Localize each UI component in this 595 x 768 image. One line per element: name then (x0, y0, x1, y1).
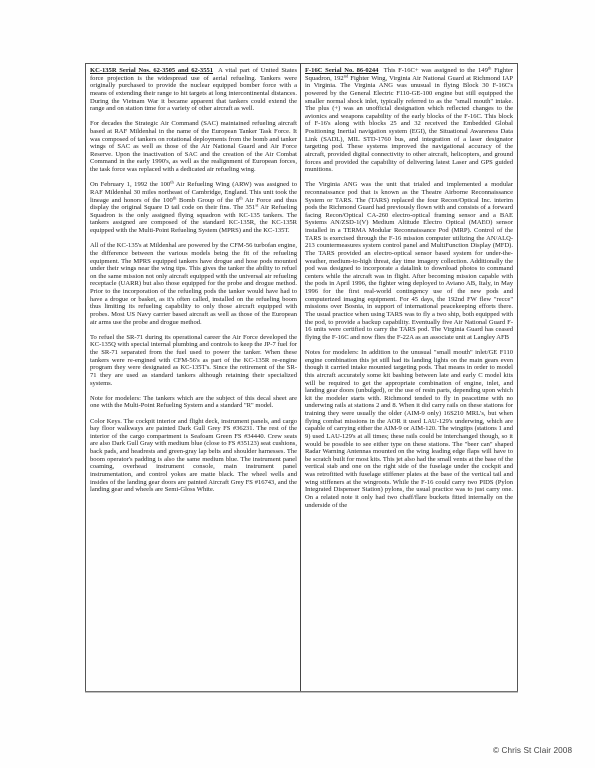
text-run: Bomb Group of the 8 (176, 197, 239, 204)
f16c-text-box: F-16C Serial No. 86-0244 This F-16C+ was… (300, 63, 518, 692)
copyright-notice: © Chris St Clair 2008 (493, 746, 572, 755)
kc135-color-keys: Color Keys. The cockpit interior and fli… (90, 418, 297, 494)
kc135-100arw-paragraph: On February 1, 1992 the 100th Air Refuel… (90, 181, 297, 234)
kc135-modelers-note: Note for modelers: The tankers which are… (90, 395, 297, 410)
text-run: This F-16C+ was assigned to the 149 (384, 67, 488, 74)
kc135-intro-text: A vital part of United States force proj… (90, 67, 297, 112)
kc135-text-box: KC-135R Serial Nos. 62-3505 and 62-3551 … (85, 63, 301, 692)
f16c-intro-paragraph: F-16C Serial No. 86-0244 This F-16C+ was… (305, 67, 513, 174)
f16c-modelers-note: Notes for modelers: In addition to the u… (305, 349, 513, 509)
f16c-tars-paragraph: The Virginia ANG was the unit that trial… (305, 181, 513, 341)
kc135-intro-paragraph: KC-135R Serial Nos. 62-3505 and 62-3551 … (90, 67, 297, 113)
box-bottom-shadow (85, 691, 518, 693)
kc135-sac-paragraph: For decades the Strategic Air Command (S… (90, 120, 297, 173)
text-run: On February 1, 1992 the 100 (90, 181, 170, 188)
kc135-cfm56-paragraph: All of the KC-135's at Mildenhal are pow… (90, 242, 297, 326)
text-run: Fighter Wing, Virginia Air National Guar… (305, 75, 513, 174)
f16c-section-title: F-16C Serial No. 86-0244 (305, 67, 378, 74)
document-page: KC-135R Serial Nos. 62-3505 and 62-3551 … (0, 0, 595, 768)
kc135-sr71-paragraph: To refuel the SR-71 during its operation… (90, 334, 297, 387)
kc135-section-title: KC-135R Serial Nos. 62-3505 and 62-3551 (90, 67, 213, 74)
